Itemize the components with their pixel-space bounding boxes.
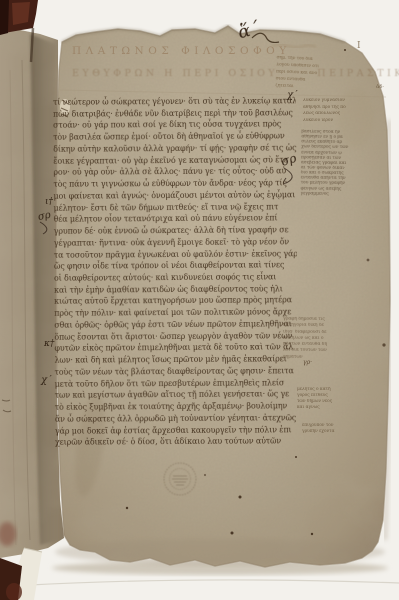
text-line: λύκειον γυμνάσιον xyxy=(303,98,391,105)
margin-mark-left-4: χ´ xyxy=(41,375,52,386)
title-line-1: ΠΛΑΤΩΝΟΣ ΦΙΛΟΣΟΦΟΥ xyxy=(72,45,291,57)
marginal-note-top-right: σημ. τὴν τοῦ διαλόγου ὑπόθεσιν ὅτιπερὶ ὁ… xyxy=(275,55,350,93)
margin-mark-left-3: κ† xyxy=(44,339,54,349)
manuscript-photo: ἅ´ Ι ΠΛΑΤΩΝΟΣ ΦΙΛΟΣΟΦΟΥ ΕΥΘΥΦΡΩΝ Η ΠΕΡΙ … xyxy=(0,0,399,600)
text-line: ἀθήνησι πρὸ τῆς πό xyxy=(303,105,391,112)
gloss-mark: γρ· xyxy=(303,359,312,366)
main-text-block: τί νεώτερον ὦ σώκρατες γέγονεν· ὅτι σὺ τ… xyxy=(53,95,298,449)
binding-highlight xyxy=(12,2,30,25)
bottom-wear-band xyxy=(55,539,385,565)
text-line: λεως ἀπόλλωνος xyxy=(303,111,391,118)
scholion-block-d: μέλητος ὁ κατήγορος πιτθεὺςτῶν δήμων νέο… xyxy=(297,387,357,411)
text-line: γρυπὴν ἔχοντα xyxy=(302,429,346,435)
margin-mark-left-1: ι† xyxy=(45,197,53,207)
scholion-block-e: ἐπίγρυπον τὸνγρυπὴν ἔχοντα xyxy=(302,423,346,435)
scholion-block-a: λύκειον γυμνάσιονἀθήνησι πρὸ τῆς πόλεως … xyxy=(303,98,391,125)
text-line: δίκην αὐτὴν καλοῦσιν ἀλλὰ γραφήν· τί φῄς… xyxy=(53,142,296,155)
text-line: μοι φαίνεται καὶ ἀγνώς· ὀνομάζουσι μέντο… xyxy=(54,189,297,202)
text-line: σθαι ὀρθῶς· ὀρθῶς γάρ ἐστι τῶν νέων πρῶτ… xyxy=(54,318,297,331)
text-line: καὶ ἀγνώς xyxy=(297,405,357,411)
text-line: τοὺς τῶν νέων τὰς βλάστας διαφθείροντας … xyxy=(55,365,298,378)
text-line: χειρῶν ἀδικεῖν σέ· ὁ δίοσ, ὅτι ἀδίκαιο λ… xyxy=(55,436,298,449)
binding-spine-edge xyxy=(0,0,9,35)
folio-number: Ι xyxy=(357,41,361,51)
corner-note: ἀδ· xyxy=(376,84,384,90)
backdrop-curve xyxy=(30,580,399,585)
scholion-block-b: βασιλεὺς στοὰ ἦνἀθήνησιν ἐν ᾗ ὁ βασιλεὺς… xyxy=(301,129,392,197)
margin-mark-right-1: χ´ xyxy=(287,90,298,101)
text-line: ἄν ὦ σώκρατες ἀλλ ὀρρωδῶ μὴ τοὐναντίον γ… xyxy=(55,412,298,425)
text-line: λυκείου ἱερόν xyxy=(303,118,391,125)
text-line: γέγραπται· ἥντινα· οὐκ ἀγεννῆ ἔμοιγε δοκ… xyxy=(54,236,297,249)
